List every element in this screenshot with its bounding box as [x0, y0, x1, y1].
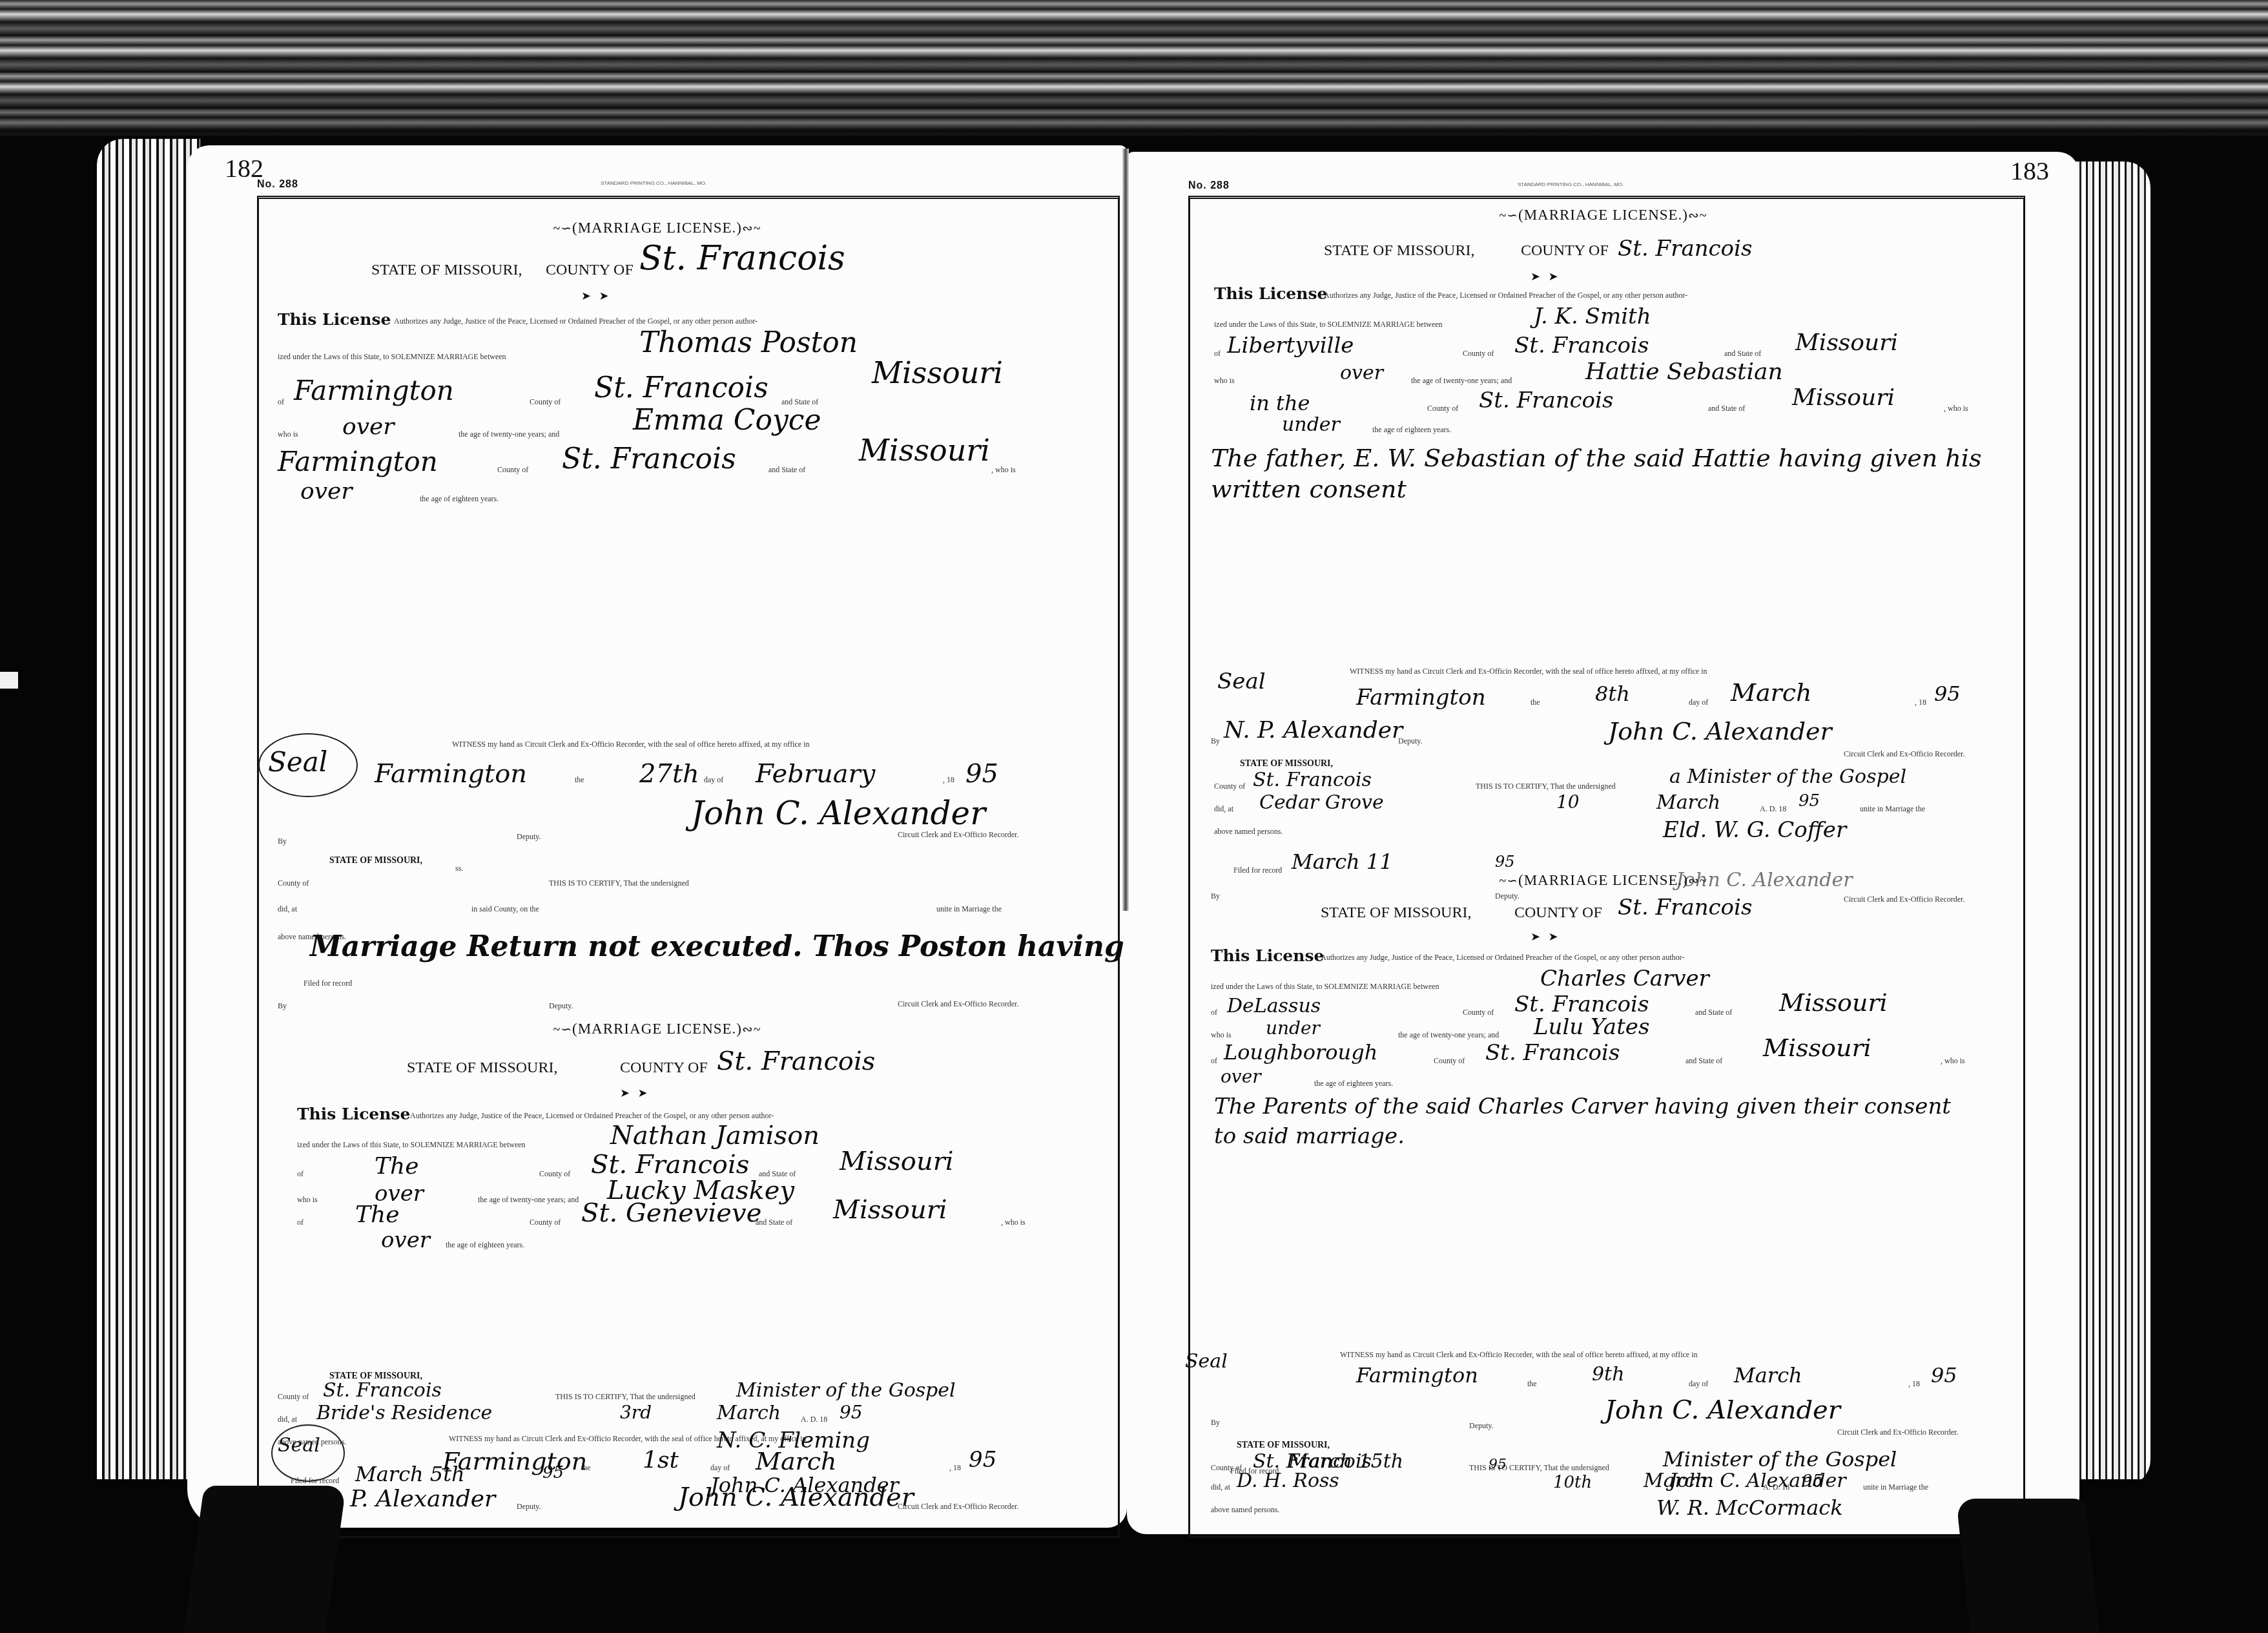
cert-month: March — [1656, 791, 1720, 814]
filed-date: March 11 — [1292, 849, 1393, 874]
clerk-signature: John C. Alexander — [1605, 1395, 1840, 1425]
hand-shadow-right — [1956, 1499, 2099, 1633]
county-of-label: County of — [530, 397, 561, 407]
groom-age: under — [1266, 1017, 1320, 1039]
groom-county: St. Francois — [1514, 992, 1649, 1017]
filed-label: Filed for record — [291, 1476, 339, 1486]
filed-label: Filed for record — [1230, 1466, 1279, 1476]
witness-place: Farmington — [1356, 685, 1486, 711]
by-label: By — [278, 1001, 287, 1011]
authorization-text: Authorizes any Judge, Justice of the Pea… — [410, 1111, 774, 1121]
certify-text: THIS IS TO CERTIFY, That the undersigned — [1476, 782, 1616, 791]
groom-age: over — [1340, 362, 1383, 384]
of-label: of — [297, 1218, 304, 1227]
age-21-label: the age of twenty-one years; and — [459, 430, 559, 439]
cert-county-value: St. Francois — [323, 1379, 442, 1402]
state-of-label: and State of — [1695, 1008, 1732, 1017]
day-of-label: day of — [704, 775, 723, 785]
witness-day: 27th — [639, 759, 699, 789]
groom-name: Charles Carver — [1540, 966, 1709, 992]
certify-text: THIS IS TO CERTIFY, That the undersigned — [555, 1392, 696, 1402]
witness-year: 95 — [1934, 681, 1961, 706]
county-value: St. Francois — [717, 1046, 875, 1076]
of-label: of — [278, 397, 284, 407]
unite-text: unite in Marriage the — [1860, 804, 1925, 814]
age-21-label: the age of twenty-one years; and — [1398, 1030, 1499, 1040]
cert-month: March — [717, 1402, 781, 1424]
clerk-title: Circuit Clerk and Ex-Officio Recorder. — [898, 999, 1018, 1009]
bride-name: Hattie Sebastian — [1585, 359, 1783, 385]
witness-month: March — [1731, 678, 1812, 707]
seal-text: Seal — [268, 746, 327, 778]
by-label: By — [1211, 736, 1220, 746]
did-at-label: did, at — [278, 904, 297, 914]
deputy-signature: N. P. Alexander — [1224, 717, 1403, 744]
who-is-label: who is — [1211, 1030, 1232, 1040]
bride-county: St. Francois — [1479, 388, 1613, 413]
license-title: ~∽(MARRIAGE LICENSE.)∾~ — [187, 1021, 1127, 1037]
witness-text: WITNESS my hand as Circuit Clerk and Ex-… — [1350, 667, 1707, 676]
filed-label: Filed for record — [304, 979, 352, 988]
filed-year: 95 — [1489, 1457, 1507, 1473]
who-is-label: , who is — [991, 465, 1016, 475]
deputy-label: Deputy. — [549, 1001, 573, 1011]
bride-name: Lulu Yates — [1534, 1014, 1649, 1040]
county-label: COUNTY OF — [620, 1059, 708, 1077]
bride-state: Missouri — [833, 1195, 947, 1225]
state-label: STATE OF MISSOURI, — [407, 1059, 557, 1077]
bride-state: Missouri — [859, 433, 990, 468]
bride-age: over — [381, 1227, 430, 1253]
who-is-label: , who is — [1941, 1056, 1965, 1066]
groom-name: J. K. Smith — [1534, 304, 1651, 329]
state-label: STATE OF MISSOURI, — [1324, 242, 1474, 260]
county-value: St. Francois — [639, 239, 845, 278]
the-label: the — [1531, 698, 1540, 707]
marriage-license-record: ~∽(MARRIAGE LICENSE.)∾~ STATE OF MISSOUR… — [1127, 872, 2079, 1524]
ad-label: A. D. 18 — [1760, 804, 1786, 814]
county-of-label: County of — [1434, 1056, 1465, 1066]
seal-text: Seal — [1185, 1350, 1228, 1373]
clerk-title: Circuit Clerk and Ex-Officio Recorder. — [1844, 749, 1964, 759]
ornament-divider: ➤ ➤ — [620, 1087, 650, 1100]
clerk-signature: John C. Alexander — [1608, 717, 1832, 745]
authorization-text: Authorizes any Judge, Justice of the Pea… — [1321, 953, 1684, 962]
book-edge-left — [97, 139, 200, 1508]
clerk-title: Circuit Clerk and Ex-Officio Recorder. — [1837, 1428, 1958, 1437]
year-prefix: , 18 — [1908, 1379, 1920, 1389]
witness-place: Farmington — [1356, 1363, 1478, 1388]
printer-line: STANDARD PRINTING CO., HANNIBAL, MO. — [1518, 182, 1624, 187]
bride-county: St. Genevieve — [581, 1198, 761, 1228]
deputy-label: Deputy. — [517, 832, 541, 842]
groom-age: over — [342, 413, 395, 440]
filed-date: March 5th — [355, 1462, 465, 1486]
groom-town: Libertyville — [1227, 333, 1354, 359]
solemnize-text: ized under the Laws of this State, to SO… — [1211, 982, 1439, 992]
county-value: St. Francois — [1618, 895, 1752, 921]
this-license-heading: This License — [1211, 946, 1324, 965]
filed-year: 95 — [542, 1463, 564, 1482]
bride-town: The — [355, 1201, 400, 1228]
ledger-page-right: 183 No. 288 STANDARD PRINTING CO., HANNI… — [1127, 152, 2079, 1534]
age-21-label: the age of twenty-one years; and — [478, 1195, 579, 1205]
who-is-label: who is — [278, 430, 298, 439]
age-18-label: the age of eighteen years. — [446, 1240, 524, 1250]
authorization-text: Authorizes any Judge, Justice of the Pea… — [1324, 291, 1687, 300]
bride-town: Farmington — [278, 446, 438, 477]
did-at-label: did, at — [278, 1415, 297, 1424]
county-label: COUNTY OF — [546, 262, 634, 279]
printer-line: STANDARD PRINTING CO., HANNIBAL, MO. — [601, 180, 706, 186]
book-gutter — [1122, 149, 1129, 911]
county-of-label: County of — [539, 1169, 570, 1179]
bride-age: over — [1221, 1066, 1261, 1087]
witness-text: WITNESS my hand as Circuit Clerk and Ex-… — [1340, 1350, 1697, 1360]
marriage-license-record: ~∽(MARRIAGE LICENSE.)∾~ STATE OF MISSOUR… — [1127, 207, 2079, 853]
state-of-label: and State of — [1708, 404, 1745, 413]
county-of-label: County of — [1463, 349, 1494, 359]
day-of-label: day of — [1689, 1379, 1708, 1389]
witness-day: 9th — [1592, 1363, 1624, 1386]
witness-month: March — [1734, 1363, 1802, 1388]
filed-year: 95 — [1495, 853, 1515, 871]
this-license-heading: This License — [1214, 284, 1327, 303]
of-label: of — [1211, 1056, 1217, 1066]
marriage-license-record: ~∽(MARRIAGE LICENSE.)∾~ STATE OF MISSOUR… — [187, 207, 1127, 862]
bride-state: Missouri — [1792, 384, 1895, 411]
officiant-title: Minister of the Gospel — [736, 1379, 956, 1402]
groom-county: St. Francois — [594, 371, 768, 404]
hand-shadow-left — [183, 1486, 346, 1633]
ad-label: A. D. 18 — [801, 1415, 827, 1424]
witness-year: 95 — [965, 759, 998, 789]
filed-clerk-signature: John C. Alexander — [1669, 1470, 1846, 1492]
above-named-label: above named persons. — [1211, 1505, 1279, 1515]
ornament-divider: ➤ ➤ — [581, 289, 612, 303]
consent-note: The Parents of the said Charles Carver h… — [1214, 1092, 1976, 1151]
did-at-label: did, at — [1214, 804, 1233, 814]
filed-clerk-signature: John C. Alexander — [710, 1473, 899, 1497]
of-label: of — [297, 1169, 304, 1179]
bride-state: Missouri — [1763, 1034, 1871, 1062]
clerk-signature: John C. Alexander — [691, 795, 985, 832]
groom-town: The — [375, 1153, 419, 1180]
form-number: No. 288 — [1188, 180, 1230, 192]
groom-name: Thomas Poston — [639, 326, 858, 359]
witness-month: February — [756, 759, 875, 789]
scan-fade — [0, 97, 2268, 149]
day-of-label: day of — [1689, 698, 1708, 707]
by-label: By — [1211, 1418, 1220, 1428]
officiant-signature: N. C. Fleming — [717, 1428, 870, 1453]
cert-county-label: County of — [1214, 782, 1245, 791]
above-named-label: above named persons. — [278, 1437, 346, 1447]
witness-place: Farmington — [375, 759, 527, 789]
cert-year: 95 — [840, 1402, 863, 1423]
deputy-label: Deputy. — [1398, 736, 1423, 746]
age-18-label: the age of eighteen years. — [1314, 1079, 1393, 1088]
the-label: the — [575, 775, 584, 785]
bride-town: Loughborough — [1224, 1040, 1377, 1065]
ss-label: ss. — [455, 864, 463, 873]
cert-place: Cedar Grove — [1259, 791, 1384, 814]
groom-town: Farmington — [294, 375, 454, 406]
groom-state: Missouri — [872, 355, 1003, 390]
this-license-heading: This License — [297, 1105, 410, 1123]
county-of-label: County of — [1463, 1008, 1494, 1017]
license-title: ~∽(MARRIAGE LICENSE.)∾~ — [187, 220, 1127, 236]
ornament-divider: ➤ ➤ — [1531, 270, 1561, 284]
state-of-label: and State of — [756, 1218, 792, 1227]
consent-note: The father, E. W. Sebastian of the said … — [1211, 442, 1986, 504]
bride-age: over — [300, 478, 353, 504]
who-is-label: who is — [297, 1195, 318, 1205]
county-of-label: County of — [530, 1218, 561, 1227]
bride-age: under — [1282, 413, 1340, 436]
who-is-label: , who is — [1001, 1218, 1026, 1227]
cert-place: Bride's Residence — [316, 1402, 492, 1424]
cert-day: 3rd — [620, 1402, 652, 1423]
state-of-label: and State of — [1686, 1056, 1722, 1066]
solemnize-text: ized under the Laws of this State, to SO… — [297, 1140, 526, 1150]
county-of-label: County of — [497, 465, 528, 475]
age-18-label: the age of eighteen years. — [1372, 425, 1451, 435]
filed-record: Filed for record March 15th 95 John C. A… — [1127, 1447, 2079, 1505]
certify-text: THIS IS TO CERTIFY, That the undersigned — [549, 879, 689, 888]
state-label: STATE OF MISSOURI, — [1321, 904, 1471, 922]
marriage-certificate-record: STATE OF MISSOURI, ss. County of THIS IS… — [187, 856, 1127, 1011]
groom-state: Missouri — [1779, 988, 1888, 1017]
age-21-label: the age of twenty-one years; and — [1411, 376, 1512, 386]
cert-county-value: St. Francois — [1253, 769, 1372, 791]
county-label: COUNTY OF — [1521, 242, 1609, 260]
bride-town: in the — [1250, 391, 1310, 415]
deputy-label: Deputy. — [1469, 1421, 1494, 1431]
year-prefix: , 18 — [943, 775, 954, 785]
solemnize-text: ized under the Laws of this State, to SO… — [278, 352, 506, 362]
this-license-heading: This License — [278, 310, 391, 329]
by-label: By — [278, 837, 287, 846]
seal-text: Seal — [1217, 669, 1266, 694]
in-said-county-label: in said County, on the — [471, 904, 539, 914]
bride-county: St. Francois — [1485, 1040, 1620, 1066]
county-value: St. Francois — [1618, 236, 1752, 262]
license-title: ~∽(MARRIAGE LICENSE.)∾~ — [1127, 207, 2079, 224]
county-label: COUNTY OF — [1514, 904, 1602, 922]
witness-day: 8th — [1595, 681, 1630, 706]
state-of-label: and State of — [768, 465, 805, 475]
groom-state: Missouri — [1795, 329, 1898, 356]
form-number: No. 288 — [257, 179, 298, 191]
officiant-title: a Minister of the Gospel — [1669, 765, 1906, 788]
solemnize-text: ized under the Laws of this State, to SO… — [1214, 320, 1443, 329]
who-is-label: , who is — [1944, 404, 1968, 413]
cert-county-label: County of — [278, 1392, 309, 1402]
year-prefix: , 18 — [1915, 698, 1926, 707]
state-label: STATE OF MISSOURI, — [371, 262, 522, 279]
cert-year: 95 — [1799, 791, 1820, 811]
bride-county: St. Francois — [562, 442, 736, 475]
who-is-label: who is — [1214, 376, 1235, 386]
of-label: of — [1214, 349, 1221, 359]
filed-date: March 15th — [1288, 1450, 1403, 1473]
groom-town: DeLassus — [1227, 995, 1321, 1017]
cert-state-label: STATE OF MISSOURI, — [1240, 759, 1333, 769]
scanner-marker — [0, 672, 18, 689]
age-18-label: the age of eighteen years. — [420, 494, 499, 504]
cert-county-label: County of — [278, 879, 309, 888]
groom-state: Missouri — [840, 1147, 954, 1176]
clerk-title: Circuit Clerk and Ex-Officio Recorder. — [898, 830, 1018, 840]
cert-state-label: STATE OF MISSOURI, — [329, 856, 422, 866]
groom-county: St. Francois — [1514, 333, 1649, 359]
county-of-label: County of — [1427, 404, 1458, 413]
witness-text: WITNESS my hand as Circuit Clerk and Ex-… — [452, 740, 809, 749]
state-of-label: and State of — [1724, 349, 1761, 359]
license-title: ~∽(MARRIAGE LICENSE.)∾~ — [1127, 872, 2079, 889]
ledger-page-left: 182 No. 288 STANDARD PRINTING CO., HANNI… — [187, 145, 1127, 1528]
page-number: 183 — [2010, 156, 2049, 186]
unite-text: unite in Marriage the — [936, 904, 1002, 914]
witness-year: 95 — [1931, 1363, 1957, 1388]
authorization-text: Authorizes any Judge, Justice of the Pea… — [394, 317, 758, 326]
the-label: the — [1527, 1379, 1537, 1389]
ornament-divider: ➤ ➤ — [1531, 930, 1561, 944]
groom-name: Nathan Jamison — [610, 1121, 820, 1150]
bride-name: Emma Coyce — [633, 404, 821, 437]
cert-day: 10 — [1556, 791, 1580, 813]
of-label: of — [1211, 1008, 1217, 1017]
